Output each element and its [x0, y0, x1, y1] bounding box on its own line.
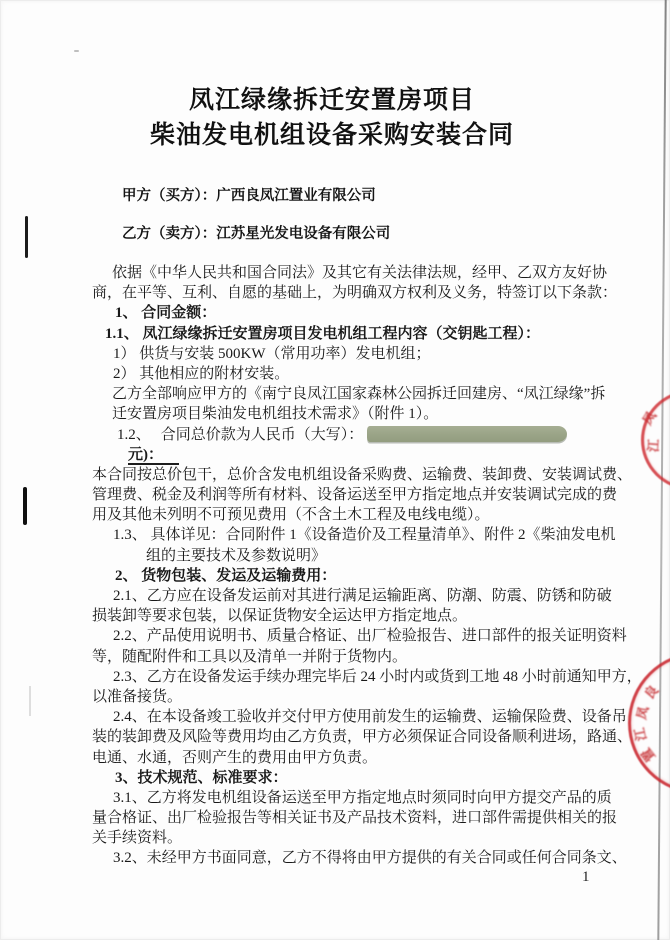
contract-line-text: 3.1、乙方将发电机组设备运送至甲方指定地点时须同时向甲方提交产品的质 [113, 790, 612, 806]
contract-line: 管理费、税金及利润等所有材料、设备运送至甲方指定地点并安装调试完成的费 [92, 485, 670, 505]
contract-line-text: 乙方全部响应甲方的《南宁良凤江国家森林公园拆迁回建房、“凤江绿缘”拆 [112, 386, 605, 402]
contract-line-text: 商，在平等、互利、自愿的基础上，为明确双方权利及义务，特签订以下条款： [92, 285, 617, 301]
contract-title-line2: 柴油发电机组设备采购安装合同 [0, 115, 664, 151]
page-number: 1 [582, 869, 590, 886]
contract-line-text: 电通、水通，否则产生的费用由甲方负责。 [92, 750, 377, 766]
contract-line: 商，在平等、互利、自愿的基础上，为明确双方权利及义务，特签订以下条款： [92, 283, 670, 303]
contract-line: 1.3、 具体详见：合同附件 1《设备造价及工程量清单》、附件 2《柴油发电机 [113, 525, 670, 545]
contract-line-text: 以准备接货。 [92, 689, 182, 705]
contract-line: 2.4、在本设备竣工验收并交付甲方使用前发生的运输费、运输保险费、设备吊 [113, 707, 670, 727]
contract-line-text: 管理费、税金及利润等所有材料、设备运送至甲方指定地点并安装调试完成的费 [92, 487, 617, 503]
contract-line-text: 依据《中华人民共和国合同法》及其它有关法律法规，经甲、乙双方友好协 [112, 265, 607, 281]
contract-line-text: 2） 其他相应的附材安装。 [113, 366, 289, 382]
party-a-buyer: 甲方（买方）：广西良凤江置业有限公司 [122, 184, 376, 205]
contract-line-text: 组的主要技术及参数说明》 [146, 548, 326, 564]
contract-line-text: 损装卸等要求包装，以保证货物安全运达甲方指定地点。 [92, 608, 467, 624]
contract-line: 损装卸等要求包装，以保证货物安全运达甲方指定地点。 [92, 606, 670, 626]
contract-line: 电通、水通，否则产生的费用由甲方负责。 [92, 748, 670, 768]
contract-line: 乙方全部响应甲方的《南宁良凤江国家森林公园拆迁回建房、“凤江绿缘”拆 [112, 384, 670, 404]
contract-line: 2.3、乙方在设备发运手续办理完毕后 24 小时内或货到工地 48 小时前通知甲… [113, 667, 670, 687]
contract-line-text: 装的装卸费及风险等费用均由乙方负责，甲方必须保证合同设备顺利进场，路通、 [92, 729, 632, 745]
contract-line: 3、技术规范、标准要求： [115, 768, 670, 788]
contract-line-text: 1、 合同金额： [115, 305, 216, 321]
contract-line-text: 1.3、 具体详见：合同附件 1《设备造价及工程量清单》、附件 2《柴油发电机 [113, 527, 616, 543]
contract-line: 本合同按总价包干，总价含发电机组设备采购费、运输费、装卸费、安装调试费、 [92, 465, 670, 485]
scanned-contract-page: 凤江绿缘拆迁安置房项目 柴油发电机组设备采购安装合同 甲方（买方）：广西良凤江置… [0, 0, 670, 940]
contract-line-text: 量合格证、出厂检验报告等相关证书及产品技术资料，进口部件需提供相关的报 [92, 810, 617, 826]
contract-line: 等，随配附件和工具以及清单一并附于货物内。 [92, 647, 670, 667]
clause-number: 1.2、 [117, 427, 151, 443]
contract-line-text: 1.1、 凤江绿缘拆迁安置房项目发电机组工程内容（交钥匙工程）： [105, 326, 540, 342]
contract-line: 装的装卸费及风险等费用均由乙方负责，甲方必须保证合同设备顺利进场，路通、 [92, 727, 670, 747]
contract-line-text: 2.3、乙方在设备发运手续办理完毕后 24 小时内或货到工地 48 小时前通知甲… [113, 669, 642, 685]
contract-line: 1、 合同金额： [115, 303, 670, 323]
contract-line-text: 迁安置房项目柴油发电机组技术需求》（附件 1）。 [112, 406, 438, 422]
contract-line-text: 2.2、产品使用说明书、质量合格证、出厂检验报告、进口部件的报关证明资料 [113, 628, 627, 644]
party-b-seller: 乙方（卖方）：江苏星光发电设备有限公司 [122, 222, 390, 243]
contract-line-text: 2、 货物包装、发运及运输费用： [115, 568, 336, 584]
contract-line-text: 关手续资料。 [92, 830, 182, 846]
contract-amount-line: 1.2、合同总价款为人民币（大写）： [117, 425, 670, 445]
contract-line: 组的主要技术及参数说明》 [146, 546, 670, 566]
seal-character: 江 [643, 438, 663, 452]
contract-line: 关手续资料。 [92, 828, 670, 848]
contract-line: 2） 其他相应的附材安装。 [113, 364, 670, 384]
amount-label: 合同总价款为人民币（大写）： [161, 427, 364, 443]
contract-line-text: 3.2、未经甲方书面同意，乙方不得将由甲方提供的有关合同或任何合同条文、 [113, 850, 627, 866]
contract-line: 依据《中华人民共和国合同法》及其它有关法律法规，经甲、乙双方友好协 [112, 263, 670, 283]
contract-line-text: 用及其他未列明不可预见费用（不含土木工程及电线电缆）。 [92, 507, 490, 523]
contract-line: 2、 货物包装、发运及运输费用： [115, 566, 670, 586]
contract-line-text: 元)： [128, 447, 179, 465]
contract-line-text: 1） 供货与安装 500KW（常用功率）发电机组； [113, 346, 431, 362]
contract-title-line1: 凤江绿缘拆迁安置房项目 [0, 80, 664, 116]
contract-line-text: 2.1、乙方应在设备发运前对其进行满足运输距离、防潮、防震、防锈和防破 [113, 588, 612, 604]
contract-line: 1.1、 凤江绿缘拆迁安置房项目发电机组工程内容（交钥匙工程）： [105, 324, 670, 344]
scan-speck [74, 50, 79, 52]
contract-line: 量合格证、出厂检验报告等相关证书及产品技术资料，进口部件需提供相关的报 [92, 808, 670, 828]
contract-line: 用及其他未列明不可预见费用（不含土木工程及电线电缆）。 [92, 505, 670, 525]
left-margin-mark [25, 216, 28, 258]
contract-line: 迁安置房项目柴油发电机组技术需求》（附件 1）。 [112, 404, 670, 424]
contract-line-text: 3、技术规范、标准要求： [115, 770, 288, 786]
contract-line: 2.1、乙方应在设备发运前对其进行满足运输距离、防潮、防震、防锈和防破 [113, 586, 670, 606]
contract-line: 元)： [128, 445, 670, 465]
contract-line: 3.2、未经甲方书面同意，乙方不得将由甲方提供的有关合同或任何合同条文、 [113, 848, 670, 868]
contract-line-text: 2.4、在本设备竣工验收并交付甲方使用前发生的运输费、运输保险费、设备吊 [113, 709, 627, 725]
contract-line-text: 本合同按总价包干，总价含发电机组设备采购费、运输费、装卸费、安装调试费、 [92, 467, 632, 483]
redacted-amount-bar [367, 426, 567, 442]
contract-body: 依据《中华人民共和国合同法》及其它有关法律法规，经甲、乙双方友好协商，在平等、互… [0, 263, 670, 869]
contract-line-text: 等，随配附件和工具以及清单一并附于货物内。 [92, 649, 407, 665]
contract-line: 2.2、产品使用说明书、质量合格证、出厂检验报告、进口部件的报关证明资料 [113, 626, 670, 646]
contract-line: 3.1、乙方将发电机组设备运送至甲方指定地点时须同时向甲方提交产品的质 [113, 788, 670, 808]
contract-line: 以准备接货。 [92, 687, 670, 707]
contract-line: 1） 供货与安装 500KW（常用功率）发电机组； [113, 344, 670, 364]
